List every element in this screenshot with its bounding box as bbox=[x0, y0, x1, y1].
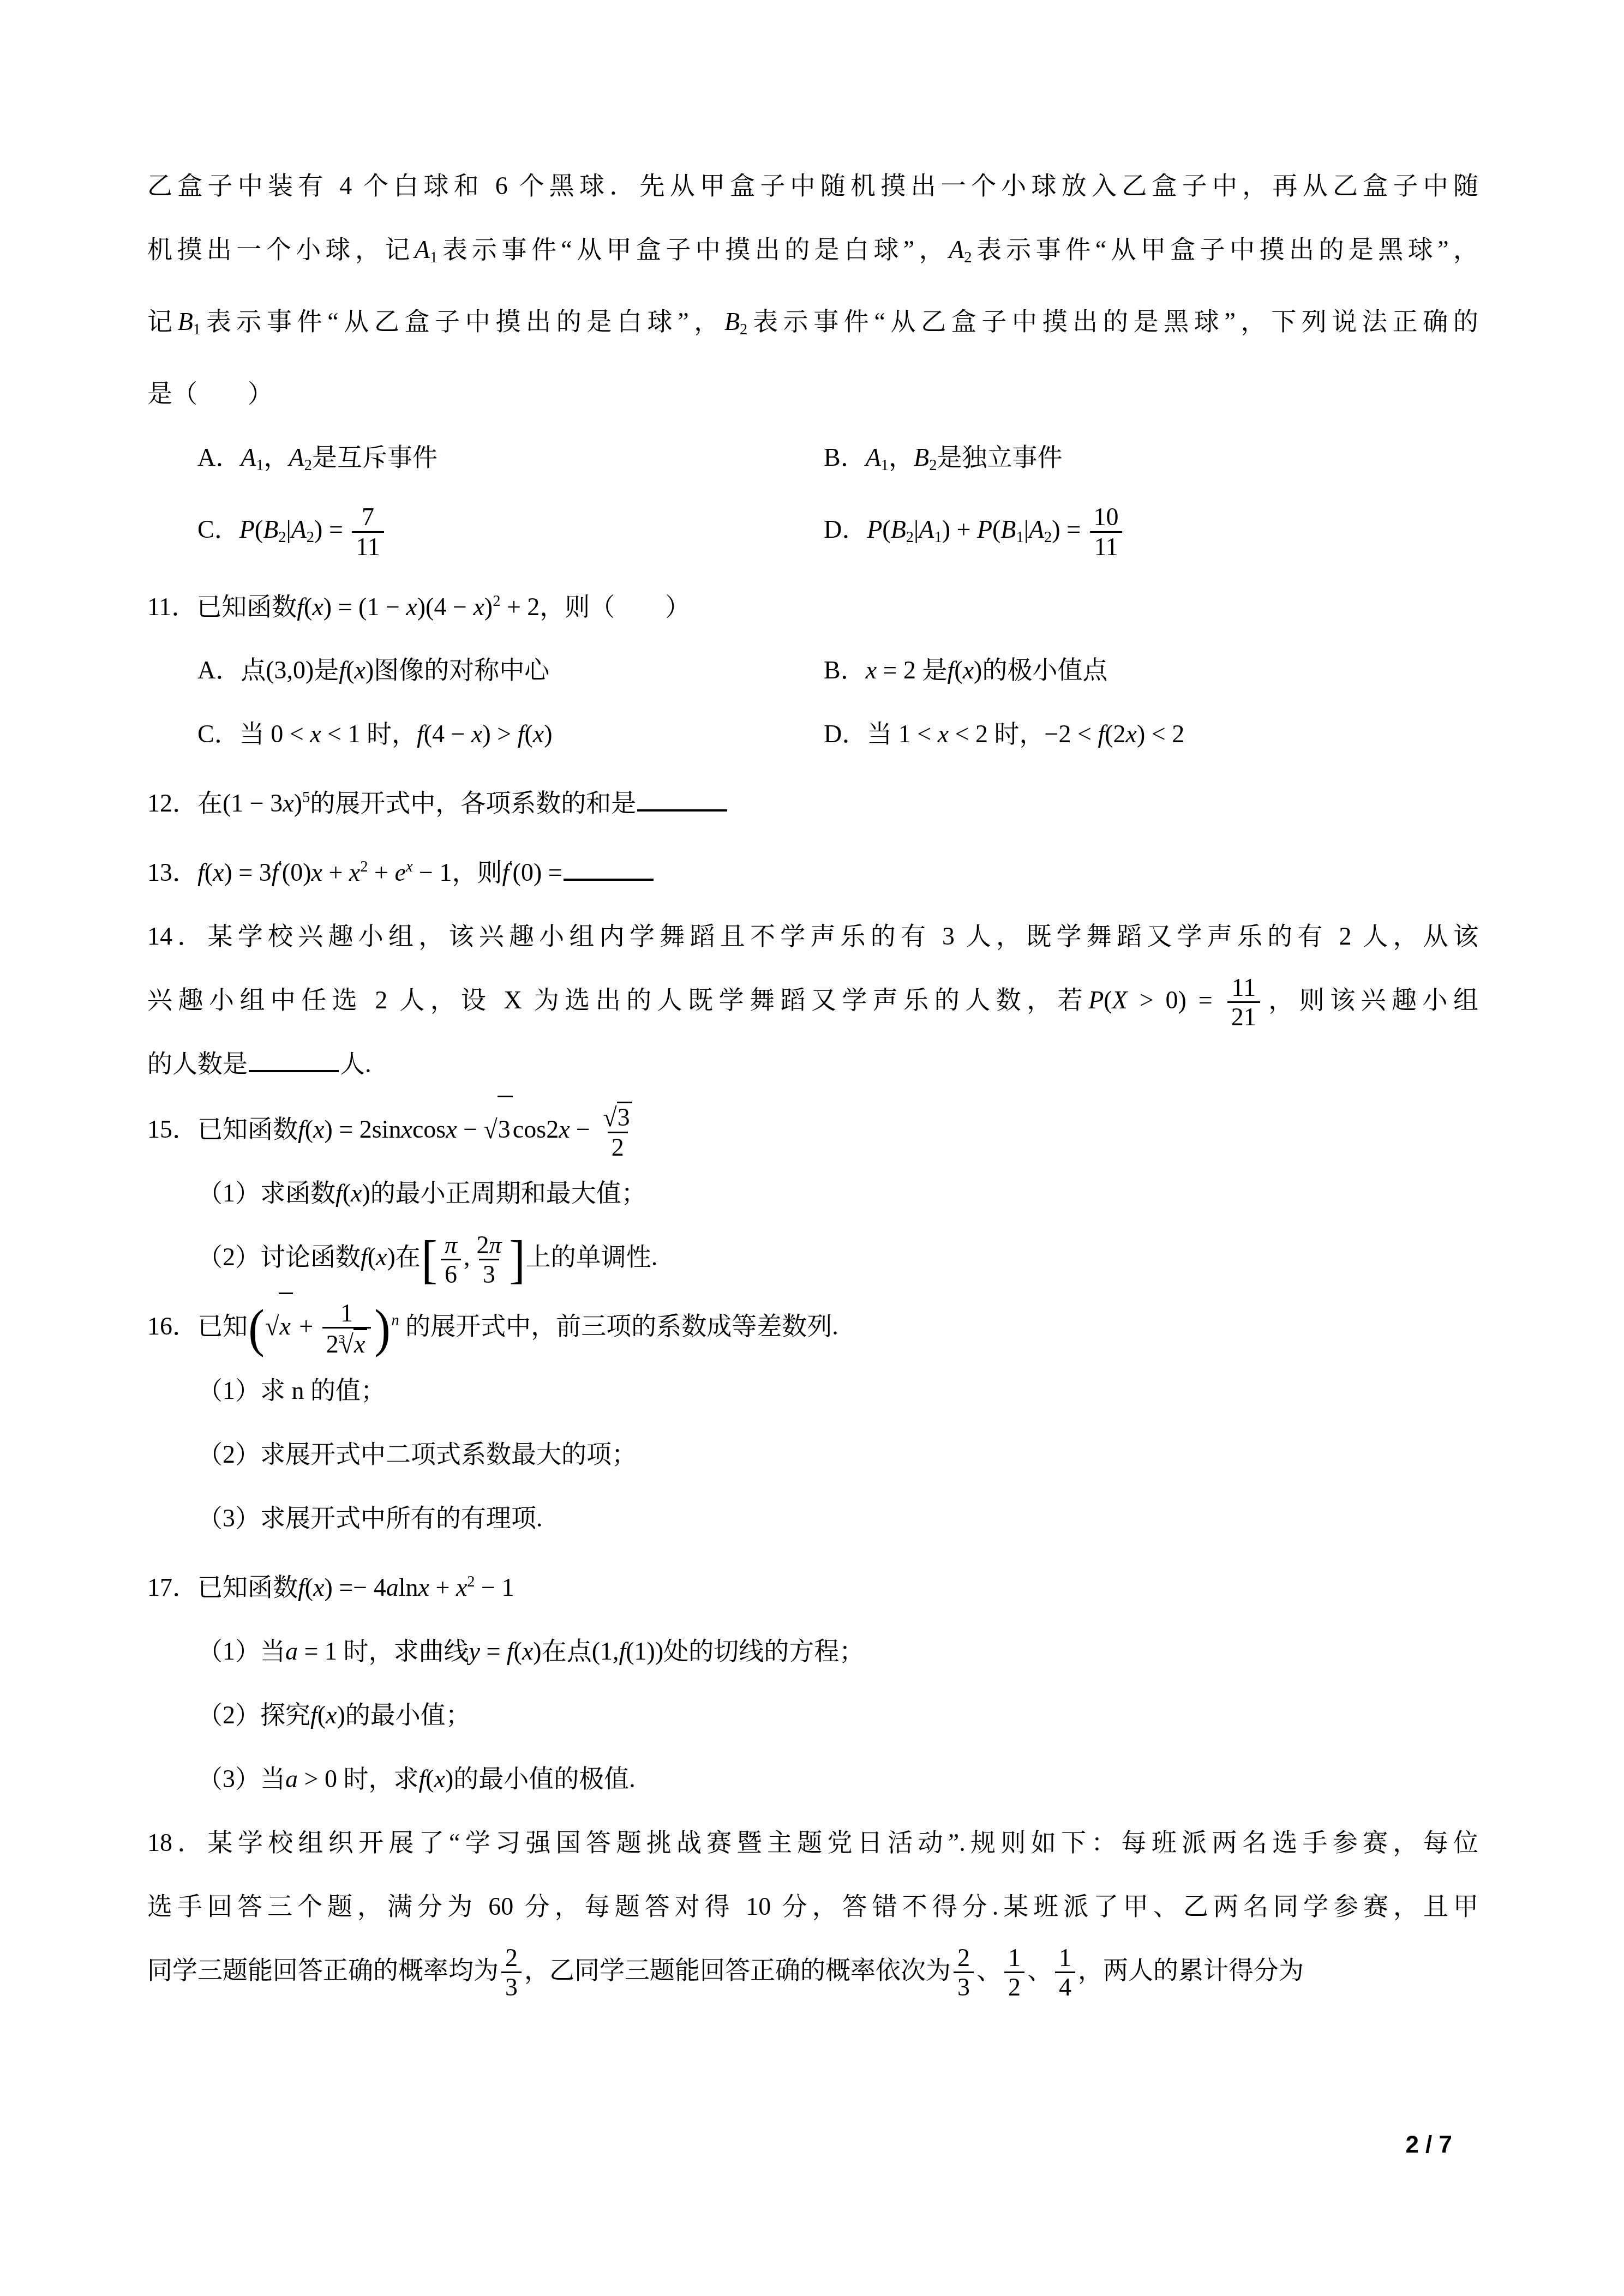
text-run: 11 bbox=[1094, 533, 1118, 561]
fraction-denominator: 3 bbox=[954, 1972, 974, 2002]
math-variable: x bbox=[351, 1179, 362, 1207]
text-run: 的展开式中，各项系数的和是 bbox=[310, 789, 636, 817]
text-run: 3 bbox=[957, 1973, 970, 2001]
text-run: (2 bbox=[1105, 720, 1125, 748]
math-variable: x bbox=[354, 656, 365, 684]
math-variable: P bbox=[1088, 986, 1104, 1014]
math-variable: B bbox=[724, 308, 740, 335]
radical-sign: √ bbox=[603, 1103, 617, 1133]
text-run: = 2 是 bbox=[877, 656, 947, 684]
fraction: 23 bbox=[501, 1944, 522, 2002]
text-run: ( bbox=[305, 1115, 313, 1143]
text-run: ( bbox=[346, 656, 354, 684]
text-run: 12．在(1 − 3 bbox=[147, 789, 283, 817]
options-row: C．当 0 < x < 1 时，f(4 − x) > f(x)D．当 1 < x… bbox=[147, 702, 1478, 766]
text-run: − bbox=[570, 1115, 597, 1143]
text-run: A．点(3,0)是 bbox=[197, 656, 339, 684]
math-variable: X bbox=[1112, 986, 1128, 1014]
text-line: （1）当a = 1 时，求曲线y = f(x)在点(1,f(1))处的切线的方程… bbox=[147, 1619, 1478, 1683]
text-run: C． bbox=[197, 515, 239, 543]
radicand: x bbox=[279, 1293, 292, 1358]
text-line: 的人数是人. bbox=[147, 1032, 1478, 1096]
superscript: 5 bbox=[302, 789, 310, 806]
text-run: > 0 时，求 bbox=[298, 1765, 418, 1793]
big-bracket: ] bbox=[509, 1237, 525, 1282]
fraction-denominator: 21 bbox=[1227, 1001, 1260, 1031]
text-run: 10 bbox=[1094, 503, 1119, 531]
text-run: （1）求函数 bbox=[197, 1179, 335, 1207]
math-variable: x bbox=[311, 858, 322, 886]
text-run: 乙盒子中装有 4 个白球和 6 个黑球．先从甲盒子中随机摸出一个小球放入乙盒子中… bbox=[147, 172, 1478, 200]
math-variable: f bbox=[339, 656, 346, 684]
text-run: ( bbox=[317, 1701, 326, 1729]
text-run: 4 bbox=[1059, 1973, 1071, 2001]
text-run: （1）当 bbox=[197, 1637, 285, 1665]
text-run: ) = 3 bbox=[224, 858, 272, 886]
options-row: A．A1，A2是互斥事件B．A1，B2是独立事件 bbox=[147, 425, 1478, 497]
math-variable: A bbox=[291, 515, 307, 543]
text-line: （2）求展开式中二项式系数最大的项； bbox=[147, 1422, 1478, 1486]
text-run: 3 bbox=[498, 1115, 511, 1143]
text-run: 的展开式中，前三项的系数成等差数列. bbox=[399, 1312, 838, 1340]
document-body: 乙盒子中装有 4 个白球和 6 个黑球．先从甲盒子中随机摸出一个小球放入乙盒子中… bbox=[147, 154, 1478, 2002]
math-variable: x bbox=[313, 1573, 324, 1601]
math-variable: a bbox=[386, 1573, 399, 1601]
math-variable: f bbox=[619, 1637, 626, 1665]
fraction: √32 bbox=[600, 1102, 636, 1161]
text-run: ( bbox=[882, 515, 890, 543]
fraction-denominator: 2 bbox=[608, 1132, 628, 1162]
text-run: (4 − bbox=[424, 720, 471, 748]
math-variable: A bbox=[949, 236, 964, 263]
fraction-numerator: 7 bbox=[358, 503, 378, 531]
superscript: 2 bbox=[360, 858, 368, 875]
big-bracket: ) bbox=[375, 1306, 391, 1351]
superscript: n bbox=[391, 1312, 399, 1329]
square-root: √x bbox=[265, 1293, 293, 1358]
option-cell: B．x = 2 是f(x)的极小值点 bbox=[824, 638, 1478, 702]
text-run: | bbox=[286, 515, 291, 543]
text-run: ) bbox=[294, 789, 302, 817]
text-run: 、 bbox=[1027, 1956, 1052, 1984]
math-variable: x bbox=[434, 1765, 445, 1793]
text-run: ( bbox=[255, 515, 263, 543]
fraction: 2π3 bbox=[473, 1231, 506, 1289]
text-run: ) = (1 − bbox=[323, 592, 406, 620]
fraction-denominator: 3 bbox=[501, 1972, 522, 2002]
math-variable: B bbox=[178, 308, 193, 335]
text-run: )的最小值； bbox=[337, 1701, 471, 1729]
text-run: , bbox=[464, 1243, 470, 1271]
math-variable: a bbox=[285, 1765, 298, 1793]
option-cell: C．当 0 < x < 1 时，f(4 − x) > f(x) bbox=[197, 702, 824, 766]
subscript: 2 bbox=[304, 457, 312, 474]
fraction-numerator: 2 bbox=[501, 1944, 522, 1972]
math-variable: A bbox=[289, 443, 304, 471]
text-run: + bbox=[429, 1573, 456, 1601]
math-variable: f bbox=[948, 656, 955, 684]
text-run: 6 bbox=[445, 1260, 457, 1288]
math-variable: y bbox=[469, 1637, 480, 1665]
math-variable: B bbox=[1000, 515, 1016, 543]
text-line: （2）探究f(x)的最小值； bbox=[147, 1683, 1478, 1747]
text-run: 人. bbox=[340, 1050, 371, 1078]
text-line: 11．已知函数f(x) = (1 − x)(4 − x)2 + 2，则（ ） bbox=[147, 569, 1478, 639]
text-run: （2）探究 bbox=[197, 1701, 310, 1729]
radical-sign: √ bbox=[265, 1293, 279, 1360]
options-row: A．点(3,0)是f(x)图像的对称中心B．x = 2 是f(x)的极小值点 bbox=[147, 638, 1478, 702]
superscript: 2 bbox=[467, 1573, 475, 1590]
text-run: − 1，则 bbox=[413, 858, 502, 886]
text-run: ( bbox=[525, 720, 533, 748]
math-variable: x bbox=[401, 1115, 412, 1143]
fraction-numerator: 10 bbox=[1090, 503, 1123, 531]
math-variable: x bbox=[866, 656, 877, 684]
text-line: （1）求函数f(x)的最小正周期和最大值； bbox=[147, 1161, 1478, 1225]
fraction-denominator: 3 bbox=[479, 1259, 499, 1289]
big-bracket: [ bbox=[421, 1237, 438, 1282]
option-cell: D．当 1 < x < 2 时，−2 < f(2x) < 2 bbox=[824, 702, 1478, 766]
text-run: ) + bbox=[942, 515, 977, 543]
text-run: 表示事件“从甲盒子中摸出的是黑球”， bbox=[972, 236, 1479, 263]
text-run: 3 bbox=[505, 1973, 518, 2001]
text-run: = 1 时，求曲线 bbox=[298, 1637, 469, 1665]
math-variable: x bbox=[473, 592, 484, 620]
text-line: （2）讨论函数f(x)在[π6,2π3]上的单调性. bbox=[147, 1225, 1478, 1289]
answer-blank bbox=[249, 1045, 339, 1072]
page-number: 2 / 7 bbox=[1405, 2131, 1452, 2159]
option-cell: B．A1，B2是独立事件 bbox=[824, 425, 1478, 497]
answer-blank bbox=[564, 854, 654, 881]
text-run: ( bbox=[305, 1573, 313, 1601]
math-variable: x bbox=[312, 592, 323, 620]
text-line: 12．在(1 − 3x)5的展开式中，各项系数的和是 bbox=[147, 766, 1478, 835]
text-run: ) bbox=[484, 592, 493, 620]
text-run: (1))处的切线的方程； bbox=[626, 1637, 864, 1665]
text-run: ) = bbox=[314, 515, 349, 543]
text-run: （2）讨论函数 bbox=[197, 1243, 361, 1271]
text-run: 18．某学校组织开展了“学习强国答题挑战赛暨主题党日活动”.规则如下：每班派两名… bbox=[147, 1829, 1478, 1856]
text-run: 表示事件“从乙盒子中摸出的是白球”， bbox=[201, 308, 724, 335]
math-variable: f bbox=[502, 858, 510, 886]
text-run: 同学三题能回答正确的概率均为 bbox=[147, 1956, 499, 1984]
subscript: 1 bbox=[934, 529, 942, 546]
text-run: + 2，则（ ） bbox=[500, 592, 690, 620]
text-run: 2 bbox=[957, 1944, 970, 1972]
text-run: 1 bbox=[1059, 1944, 1071, 1972]
math-variable: f bbox=[197, 858, 205, 886]
text-run: 1 bbox=[1008, 1944, 1021, 1972]
text-run: = bbox=[480, 1637, 507, 1665]
text-run: （2）求展开式中二项式系数最大的项； bbox=[197, 1440, 637, 1468]
fraction-numerator: 1 bbox=[1055, 1944, 1075, 1972]
text-run: ( bbox=[368, 1243, 376, 1271]
exam-page: 乙盒子中装有 4 个白球和 6 个黑球．先从甲盒子中随机摸出一个小球放入乙盒子中… bbox=[0, 0, 1624, 2296]
text-run: 上的单调性. bbox=[526, 1243, 658, 1271]
text-run: 表示事件“从甲盒子中摸出的是白球”， bbox=[438, 236, 949, 263]
text-run: 11 bbox=[356, 533, 380, 561]
math-variable: x bbox=[1126, 720, 1137, 748]
math-variable: x bbox=[471, 720, 482, 748]
fraction-denominator: 11 bbox=[1090, 531, 1122, 561]
text-run: B． bbox=[824, 656, 866, 684]
superscript: x bbox=[406, 858, 413, 875]
text-run: ( bbox=[954, 656, 962, 684]
subscript: 2 bbox=[307, 529, 314, 546]
text-run: ( bbox=[304, 592, 312, 620]
fraction-numerator: √3 bbox=[600, 1102, 636, 1132]
math-variable: B bbox=[263, 515, 278, 543]
text-run: ， bbox=[889, 443, 914, 471]
fraction: 711 bbox=[352, 503, 383, 561]
fraction-numerator: 1 bbox=[337, 1299, 357, 1327]
text-line: 17．已知函数f(x) =− 4alnx + x2 − 1 bbox=[147, 1550, 1478, 1619]
text-run: + bbox=[368, 858, 395, 886]
text-line: 同学三题能回答正确的概率均为23，乙同学三题能回答正确的概率依次为23、12、1… bbox=[147, 1938, 1478, 2002]
text-run: − bbox=[457, 1115, 484, 1143]
fraction-numerator: π bbox=[441, 1231, 461, 1259]
subscript: 1 bbox=[193, 321, 201, 338]
fraction: π6 bbox=[441, 1231, 461, 1289]
text-run: 选手回答三个题，满分为 60 分，每题答对得 10 分，答错不得分.某班派了甲、… bbox=[147, 1892, 1478, 1920]
text-run: ( bbox=[343, 1179, 351, 1207]
text-run: − 1 bbox=[475, 1573, 514, 1601]
subscript: 1 bbox=[1016, 529, 1023, 546]
fraction-numerator: 2π bbox=[473, 1231, 506, 1259]
text-run: ( bbox=[1104, 986, 1112, 1014]
square-root: √3 bbox=[484, 1096, 513, 1161]
text-run: 表示事件“从乙盒子中摸出的是黑球”，下列说法正确的 bbox=[747, 308, 1478, 335]
math-variable: x bbox=[313, 1115, 324, 1143]
math-variable: x bbox=[559, 1115, 570, 1143]
subscript: 2 bbox=[1044, 529, 1052, 546]
text-run: 是（ ） bbox=[147, 380, 273, 407]
text-run: ，乙同学三题能回答正确的概率依次为 bbox=[524, 1956, 951, 1984]
text-run: > 0) = bbox=[1128, 986, 1225, 1014]
fraction-denominator: 23√x bbox=[322, 1327, 371, 1359]
math-variable: x bbox=[349, 858, 360, 886]
subscript: 2 bbox=[278, 529, 286, 546]
text-run: 兴趣小组中任选 2 人，设 X 为选出的人既学舞蹈又学声乐的人数，若 bbox=[147, 986, 1088, 1014]
text-run: 14．某学校兴趣小组，该兴趣小组内学舞蹈且不学声乐的有 3 人，既学舞蹈又学声乐… bbox=[147, 922, 1478, 950]
text-run: + bbox=[293, 1312, 320, 1340]
text-run: ( bbox=[426, 1765, 434, 1793]
math-variable: P bbox=[867, 515, 882, 543]
text-run: ) < 2 bbox=[1137, 720, 1184, 748]
big-bracket: ( bbox=[248, 1306, 265, 1351]
radical-sign: √ bbox=[484, 1095, 498, 1163]
text-run: < 2 时，−2 < bbox=[949, 720, 1098, 748]
math-variable: f bbox=[297, 592, 304, 620]
math-variable: x bbox=[406, 592, 417, 620]
math-variable: x bbox=[279, 1312, 290, 1340]
math-variable: f bbox=[335, 1179, 343, 1207]
math-variable: B bbox=[891, 515, 906, 543]
text-run: | bbox=[914, 515, 919, 543]
text-run: 11 bbox=[1232, 973, 1256, 1001]
fraction: 1011 bbox=[1090, 503, 1123, 561]
text-run: cos2 bbox=[513, 1115, 559, 1143]
text-run: D． bbox=[824, 515, 867, 543]
text-run: 2 bbox=[326, 1330, 339, 1358]
math-variable: a bbox=[285, 1637, 298, 1665]
text-line: 是（ ） bbox=[147, 362, 1478, 425]
fraction-numerator: 11 bbox=[1228, 973, 1260, 1002]
radicand: 3 bbox=[617, 1102, 632, 1132]
math-variable: x bbox=[213, 858, 224, 886]
text-line: 机摸出一个小球，记A1表示事件“从甲盒子中摸出的是白球”，A2表示事件“从甲盒子… bbox=[147, 218, 1478, 290]
math-variable: x bbox=[418, 1573, 429, 1601]
radical-sign: √ bbox=[340, 1330, 353, 1360]
radicand: 3 bbox=[498, 1096, 513, 1161]
text-line: 16．已知(√x + 123√x)n 的展开式中，前三项的系数成等差数列. bbox=[147, 1289, 1478, 1358]
text-run: ( bbox=[992, 515, 1000, 543]
math-variable: f bbox=[518, 720, 525, 748]
text-run: 3 bbox=[483, 1260, 495, 1288]
fraction: 12 bbox=[1004, 1944, 1024, 2002]
math-variable: x bbox=[446, 1115, 457, 1143]
text-run: (0) = bbox=[513, 858, 562, 886]
text-run: 、 bbox=[976, 1956, 1002, 1984]
text-run: ) > bbox=[482, 720, 517, 748]
text-line: 乙盒子中装有 4 个白球和 6 个黑球．先从甲盒子中随机摸出一个小球放入乙盒子中… bbox=[147, 154, 1478, 218]
math-variable: x bbox=[522, 1637, 533, 1665]
text-run: < 1 时， bbox=[321, 720, 417, 748]
math-variable: f bbox=[310, 1701, 317, 1729]
text-run: ( bbox=[514, 1637, 522, 1665]
text-run: 2 bbox=[505, 1944, 518, 1972]
fraction: 1121 bbox=[1227, 973, 1260, 1031]
subscript: 2 bbox=[964, 249, 972, 266]
answer-blank bbox=[637, 784, 727, 812]
math-variable: x bbox=[938, 720, 949, 748]
text-run: )在点(1, bbox=[533, 1637, 619, 1665]
text-run: )(4 − bbox=[417, 592, 474, 620]
fraction-numerator: 1 bbox=[1004, 1944, 1024, 1972]
text-run: 记 bbox=[147, 308, 178, 335]
text-run: ) bbox=[544, 720, 552, 748]
math-variable: A bbox=[1029, 515, 1044, 543]
text-run: （1）求 n 的值； bbox=[197, 1377, 386, 1404]
text-run: )在 bbox=[387, 1243, 421, 1271]
math-variable: x bbox=[963, 656, 974, 684]
text-run: C．当 0 < bbox=[197, 720, 310, 748]
text-run: 是独立事件 bbox=[937, 443, 1062, 471]
math-variable: f bbox=[361, 1243, 368, 1271]
math-variable: x bbox=[310, 720, 321, 748]
text-run: )的最小值的极值. bbox=[445, 1765, 636, 1793]
cube-root: 3√x bbox=[339, 1329, 368, 1359]
fraction-denominator: 4 bbox=[1055, 1972, 1075, 2002]
math-variable: f bbox=[298, 1573, 305, 1601]
text-run: ，则该兴趣小组 bbox=[1263, 986, 1478, 1014]
math-variable: e bbox=[394, 858, 405, 886]
subscript: 1 bbox=[256, 457, 263, 474]
text-run: | bbox=[1024, 515, 1029, 543]
math-variable: A bbox=[919, 515, 934, 543]
text-line: 记B1表示事件“从乙盒子中摸出的是白球”，B2表示事件“从乙盒子中摸出的是黑球”… bbox=[147, 290, 1478, 362]
text-run: ， bbox=[264, 443, 289, 471]
option-cell: D．P(B2|A1) + P(B1|A2) = 1011 bbox=[824, 497, 1478, 569]
text-run: 15．已知函数 bbox=[147, 1115, 298, 1143]
text-run: ) =− 4 bbox=[325, 1573, 386, 1601]
math-variable: x bbox=[533, 720, 544, 748]
text-line: 兴趣小组中任选 2 人，设 X 为选出的人既学舞蹈又学声乐的人数，若P(X > … bbox=[147, 968, 1478, 1032]
option-cell: A．点(3,0)是f(x)图像的对称中心 bbox=[197, 638, 824, 702]
subscript: 2 bbox=[929, 457, 937, 474]
math-variable: π bbox=[489, 1231, 502, 1259]
text-line: 14．某学校兴趣小组，该兴趣小组内学舞蹈且不学声乐的有 3 人，既学舞蹈又学声乐… bbox=[147, 904, 1478, 968]
text-run: )的最小正周期和最大值； bbox=[362, 1179, 646, 1207]
text-run: 11．已知函数 bbox=[147, 592, 297, 620]
math-variable: A bbox=[866, 443, 881, 471]
fraction: 14 bbox=[1055, 1944, 1075, 2002]
text-line: 13．f(x) = 3f′(0)x + x2 + ex − 1，则f′(0) = bbox=[147, 835, 1478, 904]
math-variable: x bbox=[326, 1701, 337, 1729]
text-line: 15．已知函数f(x) = 2sinxcosx − √3cos2x − √32 bbox=[147, 1096, 1478, 1162]
text-run: )图像的对称中心 bbox=[365, 656, 549, 684]
text-run: ，两人的累计得分为 bbox=[1078, 1956, 1304, 1984]
text-run: 机摸出一个小球，记 bbox=[147, 236, 415, 263]
superscript: 2 bbox=[493, 593, 500, 610]
subscript: 2 bbox=[906, 529, 914, 546]
fraction-denominator: 11 bbox=[352, 531, 383, 561]
subscript: 2 bbox=[740, 321, 747, 338]
text-run: 是互斥事件 bbox=[312, 443, 438, 471]
text-run: （3）求展开式中所有的有理项. bbox=[197, 1504, 543, 1532]
text-run: 1 bbox=[340, 1299, 353, 1327]
text-run: ) = bbox=[1052, 515, 1087, 543]
text-line: （3）求展开式中所有的有理项. bbox=[147, 1486, 1478, 1550]
text-run: 7 bbox=[362, 503, 374, 531]
math-variable: P bbox=[977, 515, 992, 543]
math-variable: f bbox=[1098, 720, 1105, 748]
options-row: C．P(B2|A2) = 711D．P(B2|A1) + P(B1|A2) = … bbox=[147, 497, 1478, 569]
text-run: (0) bbox=[282, 858, 311, 886]
text-run: ( bbox=[205, 858, 213, 886]
fraction: 123√x bbox=[322, 1299, 371, 1359]
fraction: 23 bbox=[954, 1944, 974, 2002]
text-line: 选手回答三个题，满分为 60 分，每题答对得 10 分，答错不得分.某班派了甲、… bbox=[147, 1874, 1478, 1938]
text-run: + bbox=[322, 858, 349, 886]
text-run: （3）当 bbox=[197, 1765, 285, 1793]
math-variable: A bbox=[415, 236, 430, 263]
math-variable: f bbox=[298, 1115, 305, 1143]
fraction-numerator: 2 bbox=[954, 1944, 974, 1972]
fraction-denominator: 6 bbox=[441, 1259, 461, 1289]
text-run: B． bbox=[824, 443, 866, 471]
math-variable: B bbox=[914, 443, 929, 471]
text-line: 18．某学校组织开展了“学习强国答题挑战赛暨主题党日活动”.规则如下：每班派两名… bbox=[147, 1811, 1478, 1874]
math-variable: π bbox=[445, 1231, 457, 1259]
text-line: （1）求 n 的值； bbox=[147, 1359, 1478, 1422]
text-run: 2 bbox=[612, 1133, 624, 1161]
math-variable: x bbox=[376, 1243, 387, 1271]
text-line: （3）当a > 0 时，求f(x)的最小值的极值. bbox=[147, 1747, 1478, 1811]
text-run: 的人数是 bbox=[147, 1050, 248, 1078]
radicand: x bbox=[353, 1329, 367, 1359]
text-run: 17．已知函数 bbox=[147, 1573, 298, 1601]
math-variable: f bbox=[417, 720, 424, 748]
fraction-denominator: 2 bbox=[1004, 1972, 1024, 2002]
square-root: √3 bbox=[603, 1102, 632, 1132]
text-run: ) = 2sin bbox=[325, 1115, 401, 1143]
math-variable: A bbox=[241, 443, 256, 471]
subscript: 1 bbox=[430, 249, 438, 266]
text-run: 13． bbox=[147, 858, 197, 886]
text-run: ln bbox=[399, 1573, 418, 1601]
math-variable: x bbox=[354, 1330, 365, 1358]
